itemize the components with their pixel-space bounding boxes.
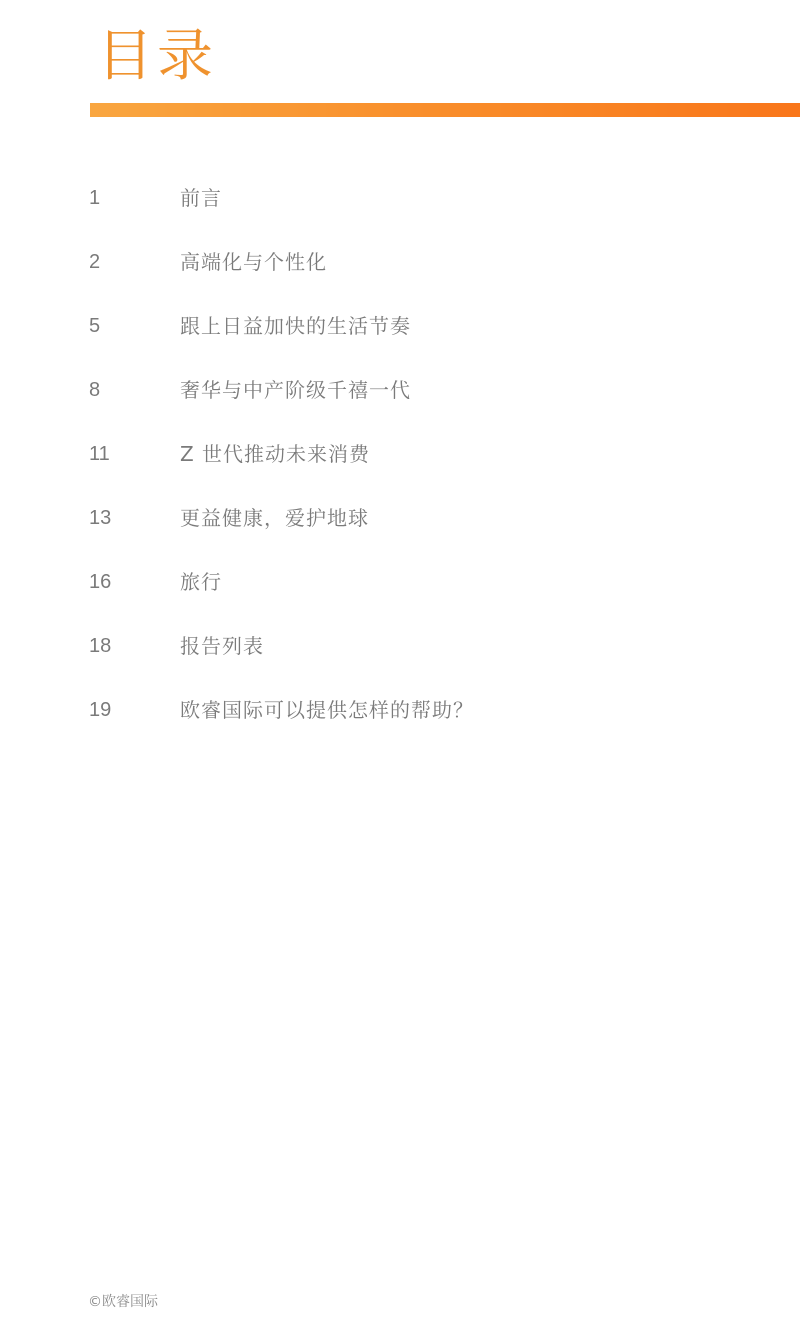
toc-entry-preface[interactable]: 1 前言 [0, 178, 800, 218]
toc-page-number: 5 [89, 306, 100, 346]
copyright-footer: ©欧睿国际 [88, 1292, 158, 1312]
toc-page-number: 11 [89, 434, 110, 474]
toc-entry-title[interactable]: 欧睿国际可以提供怎样的帮助？ [180, 690, 474, 730]
toc-entry-title[interactable]: 奢华与中产阶级千禧一代 [180, 370, 411, 410]
toc-entry-title[interactable]: 更益健康，爱护地球 [180, 498, 369, 538]
page-title: 目录 [97, 22, 217, 92]
toc-entry-millennials[interactable]: 8 奢华与中产阶级千禧一代 [0, 370, 800, 410]
toc-entry-title[interactable]: 前言 [180, 178, 222, 218]
toc-entry-title[interactable]: 高端化与个性化 [180, 242, 327, 282]
toc-page-number: 16 [89, 562, 111, 602]
toc-entry-how-we-help[interactable]: 19 欧睿国际可以提供怎样的帮助？ [0, 690, 800, 730]
toc-entry-pace-of-life[interactable]: 5 跟上日益加快的生活节奏 [0, 306, 800, 346]
toc-entry-report-list[interactable]: 18 报告列表 [0, 626, 800, 666]
toc-entry-health-planet[interactable]: 13 更益健康，爱护地球 [0, 498, 800, 538]
toc-entry-travel[interactable]: 16 旅行 [0, 562, 800, 602]
toc-entry-gen-z[interactable]: 11 Z 世代推动未来消费 [0, 434, 800, 474]
toc-entry-premiumisation[interactable]: 2 高端化与个性化 [0, 242, 800, 282]
toc-entry-title[interactable]: 旅行 [180, 562, 222, 602]
toc-page-number: 2 [89, 242, 100, 282]
toc-page-number: 13 [89, 498, 111, 538]
toc-entry-title[interactable]: Z 世代推动未来消费 [180, 434, 370, 474]
toc-page-number: 19 [89, 690, 111, 730]
toc-entry-title[interactable]: 跟上日益加快的生活节奏 [180, 306, 411, 346]
toc-page-number: 18 [89, 626, 111, 666]
toc-entry-title[interactable]: 报告列表 [180, 626, 264, 666]
title-accent-bar [90, 103, 800, 117]
toc-page-number: 1 [89, 178, 100, 218]
toc-page-number: 8 [89, 370, 100, 410]
